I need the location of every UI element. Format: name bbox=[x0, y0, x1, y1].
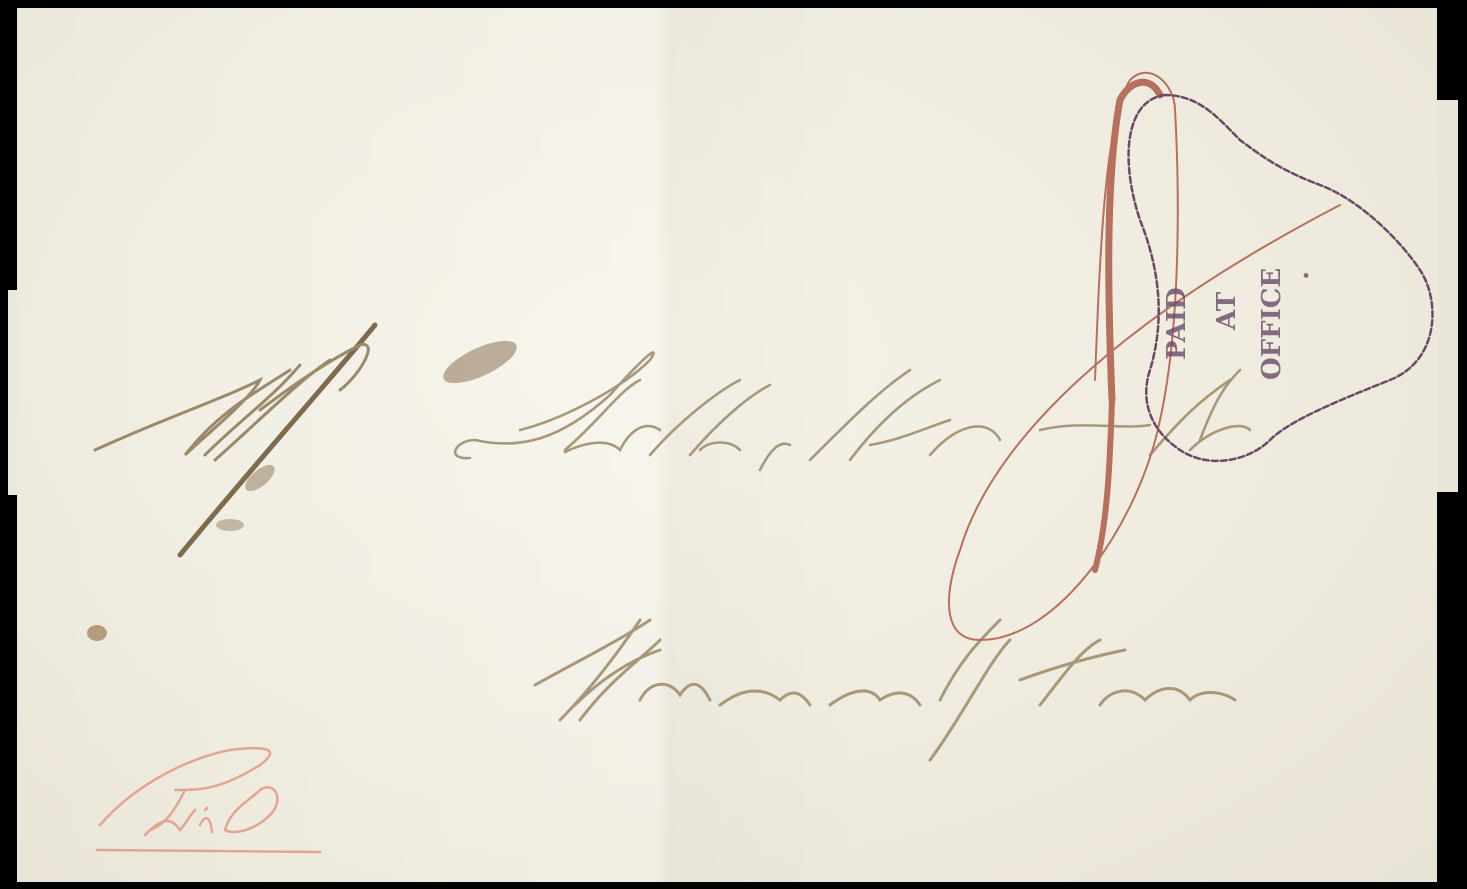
address-warrington bbox=[535, 620, 1235, 760]
svg-text:AT: AT bbox=[1212, 291, 1242, 331]
ink-layer: PAID AT OFFICE · bbox=[0, 0, 1467, 889]
svg-text:PAID: PAID bbox=[1162, 287, 1192, 360]
photo-stage: PAID AT OFFICE · Messrs Stubbs, Wood & C… bbox=[0, 0, 1467, 889]
paid-annotation bbox=[97, 748, 320, 852]
handstamp-letters: PAID AT OFFICE · bbox=[1162, 268, 1322, 380]
address-stubbs-wood-co bbox=[455, 352, 1250, 470]
svg-text:OFFICE: OFFICE bbox=[1257, 268, 1287, 380]
svg-text:·: · bbox=[1292, 271, 1322, 280]
